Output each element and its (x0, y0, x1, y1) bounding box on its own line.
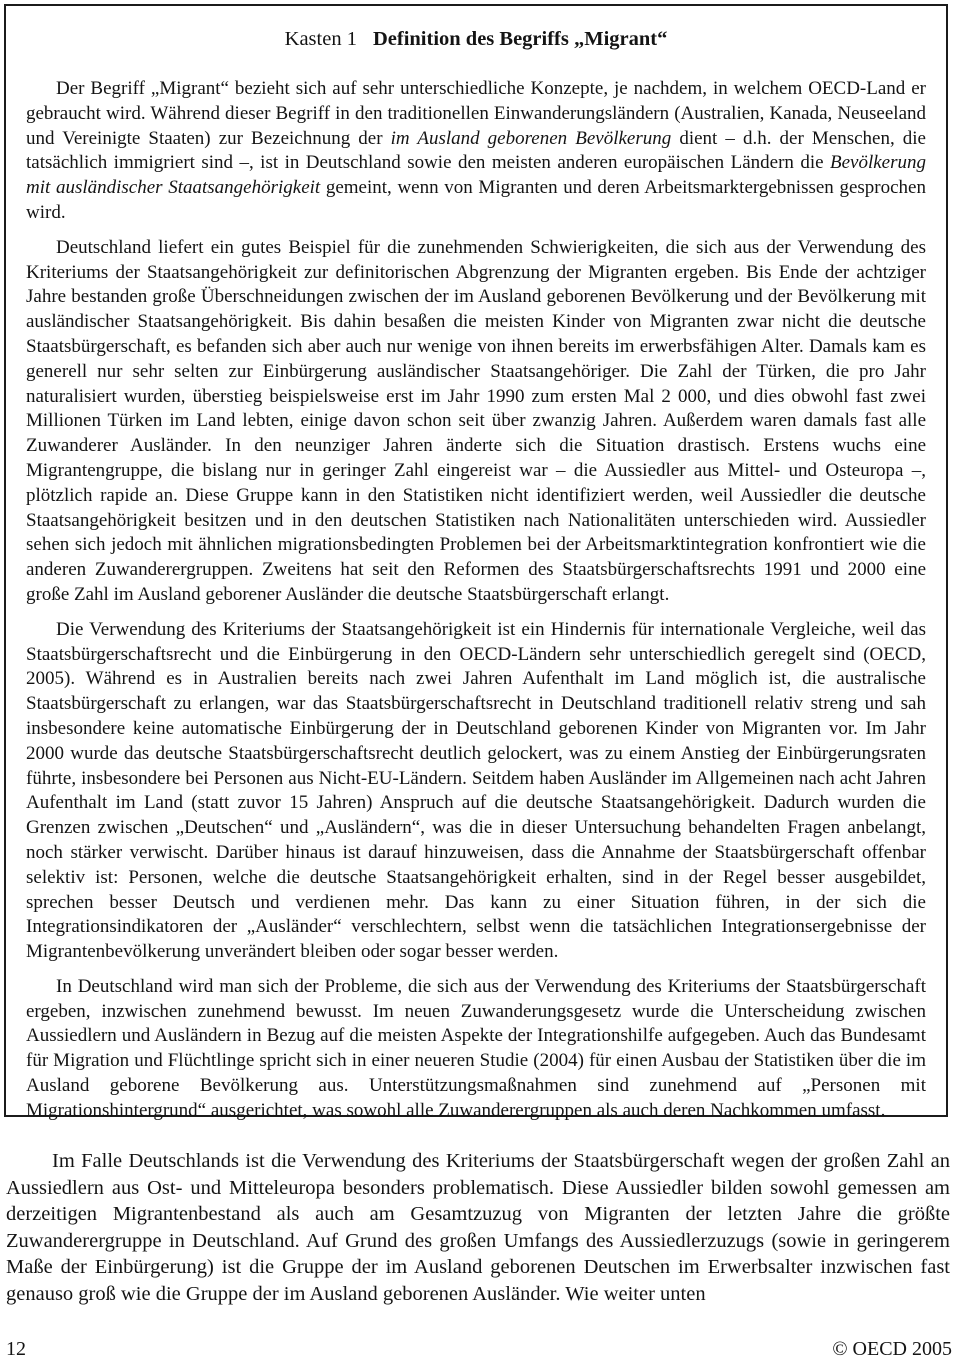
box-paragraphs: Der Begriff „Migrant“ bezieht sich auf s… (26, 77, 926, 1124)
paragraph: Im Falle Deutschlands ist die Verwendung… (6, 1148, 950, 1307)
italic-text-run: im Ausland geborenen Bevölkerung (391, 128, 672, 149)
paragraph: Deutschland liefert ein gutes Beispiel f… (26, 236, 926, 608)
page-footer: 12 © OECD 2005 (6, 1338, 952, 1361)
box-title-text: Definition des Begriffs „Migrant“ (373, 28, 667, 50)
box-title: Kasten 1Definition des Begriffs „Migrant… (26, 28, 926, 51)
kasten-box: Kasten 1Definition des Begriffs „Migrant… (4, 4, 948, 1117)
paragraph: In Deutschland wird man sich der Problem… (26, 975, 926, 1124)
box-title-label: Kasten 1 (285, 28, 357, 50)
page-number: 12 (6, 1338, 26, 1361)
document-page: Kasten 1Definition des Begriffs „Migrant… (0, 0, 960, 1370)
paragraph: Der Begriff „Migrant“ bezieht sich auf s… (26, 77, 926, 226)
text-run: Deutschland liefert ein gutes Beispiel f… (26, 237, 926, 605)
page-body: Im Falle Deutschlands ist die Verwendung… (6, 1148, 950, 1307)
paragraph: Die Verwendung des Kriteriums der Staats… (26, 618, 926, 965)
text-run: Im Falle Deutschlands ist die Verwendung… (6, 1150, 950, 1305)
text-run: Die Verwendung des Kriteriums der Staats… (26, 619, 926, 962)
copyright-notice: © OECD 2005 (832, 1338, 952, 1361)
text-run: In Deutschland wird man sich der Problem… (26, 976, 926, 1121)
